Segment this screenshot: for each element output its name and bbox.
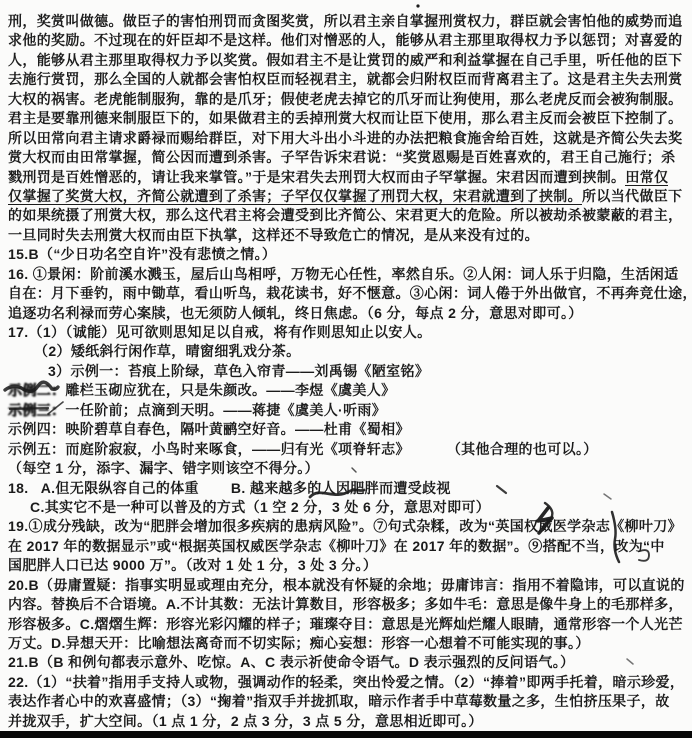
text-segment: 大权的祸害。老虎能制服狗，靠的是爪牙；假使老虎去掉它的爪牙而让狗使用，那么老虎反… (8, 91, 682, 107)
text-segment: 追逐功名利禄而劳心案牍，也无须防人倾轧，终日焦虑。（6 分，每点 2 分，意思对… (8, 305, 583, 321)
answer-q20-line: 万丈。D.异想天开：比喻想法离奇而不切实际；痴心妄想：形容一心想着不可能实现的事… (8, 634, 690, 653)
text-segment: 在 2017 年的数据显示”或“根据英国权威医学杂志《柳叶刀》在 2017 年的… (8, 538, 665, 554)
translation-passage-line: 大权的祸害。老虎能制服狗，靠的是爪牙；假使老虎去掉它的爪牙而让狗使用，那么老虎反… (8, 90, 690, 109)
text-segment: 赏大权而由田常掌握，简公因而遭到杀害。子罕告诉宋君说：“奖赏恩赐是百姓喜欢的，君… (8, 149, 675, 165)
translation-passage-line: 君主是要靠刑德来制服臣下的，如果做君主的丢掉刑赏大权而让臣下使用，那么君主反而会… (8, 109, 690, 128)
answer-q17-line: 示例五：而庭阶寂寂，小鸟时来啄食，——归有光《项脊轩志》（其他合理的也可以。） (8, 440, 690, 459)
text-segment: 一任阶前；点滴到天明。——蒋捷《虞美人·听雨》 (65, 402, 386, 418)
translation-passage-line: 人，能够从君主那里取得权力予以奖赏。假如君主不是让赏罚的威严和利益掌握在自己手里… (8, 51, 690, 70)
text-segment: 3）示例一：苔痕上阶绿，草色入帘青——刘禹锡《陋室铭》 (48, 363, 429, 379)
text-segment: （每空 1 分，添字、漏字、错字则该空不得分。） (8, 460, 319, 476)
text-segment: 内容。替换后不合语境。A.不计其数：无法计算数目，形容极多；多如牛毛：意思是像牛… (8, 596, 683, 612)
text-segment: 18. A.但无限纵容自己的体重 (8, 480, 199, 496)
text-segment: （其他合理的也可以。） (454, 441, 598, 457)
text-segment: 刑，奖赏叫做德。做臣子的害怕刑罚而贪图奖赏，所以君主亲自掌握刑赏权力，群臣就会害… (8, 13, 682, 29)
translation-passage-line: 戮刑罚是百姓憎恶的，请让我来掌管。”于是宋君失去刑罚大权而由子罕掌握。宋君因而遭… (8, 168, 690, 187)
text-segment: 21.B（B 和例句都表示意外、吃惊。A、C 表示祈使命令语气。D 表示强烈的反… (8, 654, 574, 670)
text-segment: （2）矮纸斜行闲作草，晴窗细乳戏分茶。 (34, 343, 300, 359)
answer-q22-line: 表达作者心中的欢喜盛情；（3）“掬着”指双手并拢抓取，暗示作者手中草莓数量之多，… (8, 692, 690, 711)
text-segment: 一旦同时失去刑赏大权而由臣下执掌，这样还不导致危亡的情况，是从来没有过的。 (8, 227, 539, 243)
translation-passage-line: 的如果统摄了刑赏大权，那么这代君主将会遭受到比齐简公、宋君更大的危险。所以被劫杀… (8, 206, 690, 225)
text-segment: 示例五：而庭阶寂寂，小鸟时来啄食，——归有光《项脊轩志》 (8, 441, 410, 457)
text-segment: C.其实它不是一种可以普及的方式（1 空 2 分，3 处 6 分，意思对即可） (30, 499, 490, 515)
translation-passage-line: 赏大权而由田常掌握，简公因而遭到杀害。子罕告诉宋君说：“奖赏恩赐是百姓喜欢的，君… (8, 148, 690, 167)
translation-passage-line: 刑，奖赏叫做德。做臣子的害怕刑罚而贪图奖赏，所以君主亲自掌握刑赏权力，群臣就会害… (8, 12, 690, 31)
text-segment: 求他的奖励。不过现在的奸臣却不是这样。他们对憎恶的人，能够从君主那里取得权力予以… (8, 32, 682, 48)
answer-sheet: 刑，奖赏叫做德。做臣子的害怕刑罚而贪图奖赏，所以君主亲自掌握刑赏权力，群臣就会害… (8, 12, 690, 731)
answer-q17-line: （每空 1 分，添字、漏字、错字则该空不得分。） (8, 459, 690, 478)
answer-q17-line: 3）示例一：苔痕上阶绿，草色入帘青——刘禹锡《陋室铭》 (8, 362, 690, 381)
text-segment: 15.B（“少日功名空自许”没有悲愤之情。） (8, 246, 276, 262)
text-segment: 去施行赏罚，那么全国的人就都会害怕权臣而轻视君主，就都会归附权臣而背离君主了。这… (8, 71, 682, 87)
scan-edge-bar (0, 731, 692, 738)
text-segment: 示例二： (8, 382, 65, 398)
text-segment: 的如果统摄了刑赏大权，那么这代君主将会遭受到比齐简公、宋君更大的危险。所以被劫杀… (8, 207, 682, 223)
translation-passage-line: 求他的奖励。不过现在的奸臣却不是这样。他们对憎恶的人，能够从君主那里取得权力予以… (8, 31, 690, 50)
text-segment: 雕栏玉砌应犹在，只是朱颜改。——李煜《虞美人》 (65, 382, 395, 398)
text-segment: 所以当代做臣下 (582, 188, 682, 204)
text-segment: 表达作者心中的欢喜盛情；（3）“掬着”指双手并拢抓取，暗示作者手中草莓数量之多，… (8, 693, 670, 709)
text-segment: 君主是要靠刑德来制服臣下的，如果做君主的丢掉刑赏大权而让臣下使用，那么君主反而会… (8, 110, 682, 126)
text-segment: 并拢双手，扩大空间。（1 点 1 分，2 点 3 分，3 点 5 分，意思相近即… (8, 713, 483, 729)
text-segment: 形容极多。C.熠熠生辉：形容光彩闪耀的样子；璀璨夺目：意思是光辉灿烂耀人眼睛，通… (8, 616, 683, 632)
text-segment: 仅掌握了奖赏大权，齐简公就遭到了杀害；子罕仅仅掌握了刑罚大权，宋君就遭到了挟制。 (8, 188, 582, 206)
translation-passage-line: 去施行赏罚，那么全国的人就都会害怕权臣而轻视君主，就都会归附权臣而背离君主了。这… (8, 70, 690, 89)
answer-q17-line: 17.（1）（诚能）见可欲则思知足以自戒，将有作则思知止以安人。 (8, 323, 690, 342)
answer-q19-line: 19.①成分残缺，改为“肥胖会增加很多疾病的患病风险”。⑦句式杂糅，改为“英国权… (8, 517, 690, 536)
text-segment: 22.（1）“扶着”指用手支持人或物，强调动作的轻柔，突出怜爱之情。（2）“捧着… (8, 674, 684, 690)
text-segment: 戮刑罚是百姓憎恶的，请让我来掌管。”于是宋君失去刑罚大权而由子罕掌握。宋君因而遭… (8, 169, 625, 185)
pen-dot-top (416, 4, 419, 7)
text-segment: 示例三： (8, 402, 65, 418)
answer-q16-line: 追逐功名利禄而劳心案牍，也无须防人倾轧，终日焦虑。（6 分，每点 2 分，意思对… (8, 304, 690, 323)
answer-q22-line: 并拢双手，扩大空间。（1 点 1 分，2 点 3 分，3 点 5 分，意思相近即… (8, 712, 690, 731)
answer-q17-line: 示例四：映阶碧草自春色，隔叶黄鹂空好音。——杜甫《蜀相》 (8, 420, 690, 439)
translation-passage-line: 一旦同时失去刑赏大权而由臣下执掌，这样还不导致危亡的情况，是从来没有过的。 (8, 226, 690, 245)
text-segment: 19.①成分残缺，改为“肥胖会增加很多疾病的患病风险”。⑦句式杂糅，改为“英国权… (8, 518, 682, 534)
answer-q20-line: 形容极多。C.熠熠生辉：形容光彩闪耀的样子；璀璨夺目：意思是光辉灿烂耀人眼睛，通… (8, 615, 690, 634)
text-segment: 所以田常向君主请求爵禄而赐给群臣，对下用大斗出小斗进的办法把粮食施舍给百姓，这就… (8, 130, 682, 146)
text-segment: 16. ①景闲：阶前溪水溅玉，屋后山鸟相呼，万物无心任性，率然自乐。②人闲：词人… (8, 266, 679, 282)
text-segment: 自在：月下垂钓，雨中锄草，看山听鸟，栽花读书，好不惬意。③心闲：词人倦于外出做官… (8, 285, 692, 301)
answer-q16-line: 16. ①景闲：阶前溪水溅玉，屋后山鸟相呼，万物无心任性，率然自乐。②人闲：词人… (8, 265, 690, 284)
answer-q18-line: 18. A.但无限纵容自己的体重B. 越来越多的人因肥胖而遭受歧视 (8, 479, 690, 498)
answer-q20-line: 20.B（毋庸置疑：指事实明显或理由充分，根本就没有怀疑的余地；毋庸讳言：指用不… (8, 576, 690, 595)
answer-q19-line: 在 2017 年的数据显示”或“根据英国权威医学杂志《柳叶刀》在 2017 年的… (8, 537, 690, 556)
text-segment: 20.B（毋庸置疑：指事实明显或理由充分，根本就没有怀疑的余地；毋庸讳言：指用不… (8, 577, 685, 593)
answer-q16-line: 自在：月下垂钓，雨中锄草，看山听鸟，栽花读书，好不惬意。③心闲：词人倦于外出做官… (8, 284, 690, 303)
answer-q17-line: 示例二：雕栏玉砌应犹在，只是朱颜改。——李煜《虞美人》 (8, 381, 690, 400)
scanned-answer-key-page: 刑，奖赏叫做德。做臣子的害怕刑罚而贪图奖赏，所以君主亲自掌握刑赏权力，群臣就会害… (0, 0, 692, 738)
text-segment: 国肥胖人口已达 9000 万”。（改对 1 处 1 分，3 处 3 分。） (8, 557, 377, 573)
translation-passage-line: 所以田常向君主请求爵禄而赐给群臣，对下用大斗出小斗进的办法把粮食施舍给百姓，这就… (8, 129, 690, 148)
text-segment: 人，能够从君主那里取得权力予以奖赏。假如君主不是让赏罚的威严和利益掌握在自己手里… (8, 52, 682, 68)
answer-q17-line: （2）矮纸斜行闲作草，晴窗细乳戏分茶。 (8, 342, 690, 361)
answer-q15-line: 15.B（“少日功名空自许”没有悲愤之情。） (8, 245, 690, 264)
answer-q19-line: 国肥胖人口已达 9000 万”。（改对 1 处 1 分，3 处 3 分。） (8, 556, 690, 575)
answer-q18-line: C.其实它不是一种可以普及的方式（1 空 2 分，3 处 6 分，意思对即可） (8, 498, 690, 517)
text-segment: 田常仅 (625, 169, 668, 187)
answer-q17-line: 示例三：一任阶前；点滴到天明。——蒋捷《虞美人·听雨》 (8, 401, 690, 420)
answer-q21-line: 21.B（B 和例句都表示意外、吃惊。A、C 表示祈使命令语气。D 表示强烈的反… (8, 653, 690, 672)
translation-passage-line: 仅掌握了奖赏大权，齐简公就遭到了杀害；子罕仅仅掌握了刑罚大权，宋君就遭到了挟制。… (8, 187, 690, 206)
text-segment: B. 越来越多的人因肥胖而遭受歧视 (231, 480, 451, 496)
answer-q20-line: 内容。替换后不合语境。A.不计其数：无法计算数目，形容极多；多如牛毛：意思是像牛… (8, 595, 690, 614)
text-segment: 示例四：映阶碧草自春色，隔叶黄鹂空好音。——杜甫《蜀相》 (8, 421, 410, 437)
text-segment: 万丈。D.异想天开：比喻想法离奇而不切实际；痴心妄想：形容一心想着不可能实现的事… (8, 635, 590, 651)
answer-q22-line: 22.（1）“扶着”指用手支持人或物，强调动作的轻柔，突出怜爱之情。（2）“捧着… (8, 673, 690, 692)
text-segment: 17.（1）（诚能）见可欲则思知足以自戒，将有作则思知止以安人。 (8, 324, 431, 340)
